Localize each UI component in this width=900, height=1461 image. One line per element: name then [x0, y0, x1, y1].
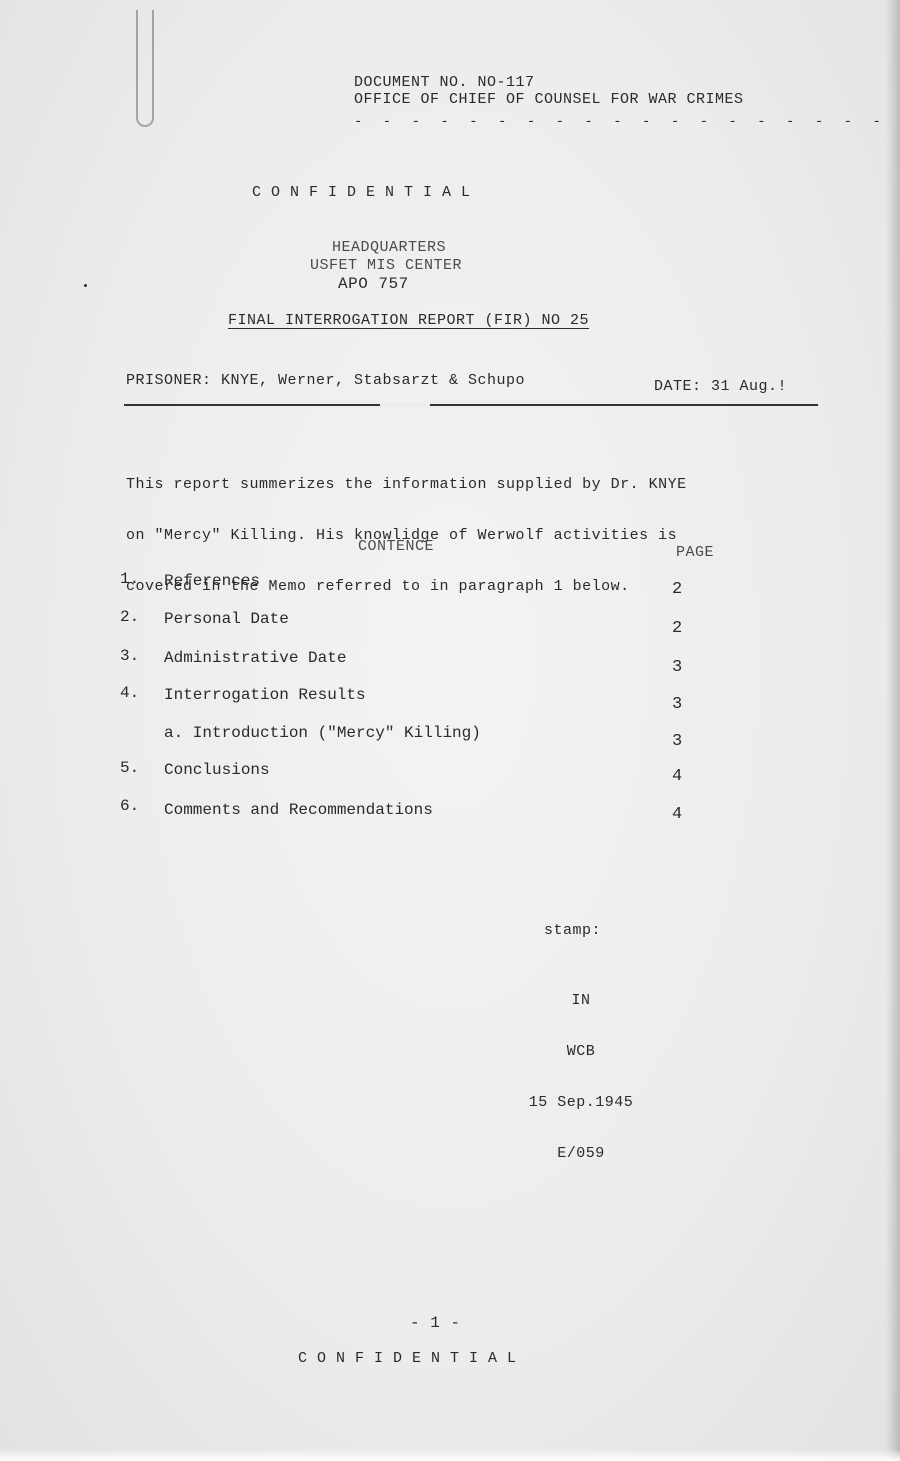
report-title: FINAL INTERROGATION REPORT (FIR) NO 25 [228, 312, 589, 329]
summary-paragraph: This report summerizes the information s… [126, 442, 687, 629]
stamp-label: stamp: [544, 922, 601, 939]
toc-label: Conclusions [164, 761, 270, 779]
contents-heading: CONTENCE [358, 538, 434, 555]
toc-page: 2 [672, 619, 682, 638]
classification-bottom: CONFIDENTIAL [298, 1350, 526, 1367]
toc-page: 4 [672, 767, 682, 786]
toc-page: 3 [672, 695, 682, 714]
toc-label: a. Introduction ("Mercy" Killing) [164, 724, 481, 742]
hq-line-2: USFET MIS CENTER [310, 257, 462, 274]
prisoner-line: PRISONER: KNYE, Werner, Stabsarzt & Schu… [126, 372, 525, 389]
toc-number: 6. [120, 797, 139, 815]
toc-page: 3 [672, 658, 682, 677]
stamp-line: IN [518, 992, 644, 1009]
toc-number: 3. [120, 647, 139, 665]
toc-page: 3 [672, 732, 682, 751]
document-number: DOCUMENT NO. NO-117 [354, 74, 535, 91]
toc-number: 4. [120, 684, 139, 702]
page-column-heading: PAGE [676, 544, 714, 561]
stamp-line: E/059 [518, 1145, 644, 1162]
date-line: DATE: 31 Aug.! [654, 378, 787, 395]
stamp-line: 15 Sep.1945 [518, 1094, 644, 1111]
ink-speck [84, 284, 87, 287]
document-page: DOCUMENT NO. NO-117 OFFICE OF CHIEF OF C… [0, 0, 900, 1461]
hq-line-1: HEADQUARTERS [332, 239, 446, 256]
summary-line: This report summerizes the information s… [126, 476, 687, 493]
toc-label: Comments and Recommendations [164, 801, 433, 819]
classification-top: CONFIDENTIAL [252, 184, 480, 201]
page-edge-shadow [886, 0, 900, 1461]
office-line: OFFICE OF CHIEF OF COUNSEL FOR WAR CRIME… [354, 91, 744, 108]
stamp-line: WCB [518, 1043, 644, 1060]
toc-number: 5. [120, 759, 139, 777]
torn-bottom-edge [0, 1449, 900, 1461]
toc-label: Interrogation Results [164, 686, 366, 704]
toc-label: Administrative Date [164, 649, 346, 667]
header-rule [124, 404, 818, 406]
dash-divider: - - - - - - - - - - - - - - - - - - - - … [354, 114, 900, 130]
toc-page: 2 [672, 580, 682, 599]
toc-label: References [164, 572, 260, 590]
page-number: - 1 - [410, 1314, 461, 1332]
toc-number: 1. [120, 570, 139, 588]
toc-page: 4 [672, 805, 682, 824]
toc-number: 2. [120, 608, 139, 626]
received-stamp: IN WCB 15 Sep.1945 E/059 [518, 958, 644, 1196]
toc-label: Personal Date [164, 610, 289, 628]
hq-line-3: APO 757 [338, 275, 409, 293]
paper-clip-mark [136, 10, 154, 127]
